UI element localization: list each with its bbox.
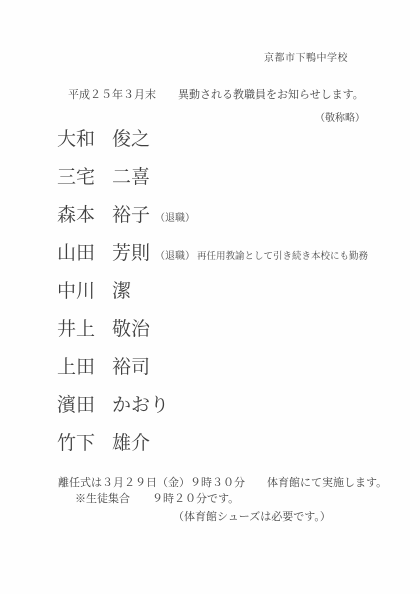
school-name: 京都市下鴨中学校	[0, 0, 420, 66]
staff-row: 中川潔	[57, 278, 420, 308]
staff-given-name: 芳則	[112, 242, 150, 264]
staff-surname: 上田	[57, 356, 95, 378]
staff-row: 井上敬治	[57, 316, 420, 346]
staff-list: 大和俊之 三宅二喜 森本裕子（退職） 山田芳則（退職）再任用教諭として引き続き本…	[57, 126, 420, 460]
staff-given-name: 雄介	[112, 432, 150, 454]
staff-surname: 三宅	[57, 166, 95, 188]
staff-remark: 再任用教諭として引き続き本校にも勤務	[197, 251, 368, 262]
footer: 離任式は３月２９日（金）９時３０分 体育館にて実施します。 ※生徒集合 ９時２０…	[0, 475, 420, 525]
staff-row: 大和俊之	[57, 126, 420, 156]
staff-row: 山田芳則（退職）再任用教諭として引き続き本校にも勤務	[57, 240, 420, 270]
staff-given-name: 裕子	[112, 204, 150, 226]
staff-surname: 井上	[57, 318, 95, 340]
staff-row: 森本裕子（退職）	[57, 202, 420, 232]
staff-given-name: 敬治	[112, 318, 150, 340]
staff-surname: 山田	[57, 242, 95, 264]
gym-shoes-note: （体育館シューズは必要です。）	[0, 509, 420, 525]
staff-row: 濱田かおり	[57, 392, 420, 422]
staff-surname: 大和	[57, 128, 95, 150]
staff-given-name: 二喜	[112, 166, 150, 188]
staff-row: 三宅二喜	[57, 164, 420, 194]
staff-surname: 濱田	[57, 394, 95, 416]
staff-given-name: 俊之	[112, 128, 150, 150]
staff-given-name: かおり	[112, 394, 169, 416]
staff-given-name: 裕司	[112, 356, 150, 378]
staff-surname: 中川	[57, 280, 95, 302]
honorifics-note: （敬称略）	[0, 112, 420, 126]
ceremony-info: 離任式は３月２９日（金）９時３０分 体育館にて実施します。	[0, 475, 420, 491]
notice-title: 平成２５年３月末 異動される教職員をお知らせします。	[0, 87, 420, 102]
student-assembly-note: ※生徒集合 ９時２０分です。	[0, 491, 420, 507]
staff-surname: 森本	[57, 204, 95, 226]
staff-row: 竹下雄介	[57, 430, 420, 460]
staff-surname: 竹下	[57, 432, 95, 454]
document-page: 京都市下鴨中学校 平成２５年３月末 異動される教職員をお知らせします。 （敬称略…	[0, 0, 420, 594]
staff-given-name: 潔	[112, 280, 131, 302]
staff-status-note: （退職）	[155, 251, 195, 262]
staff-row: 上田裕司	[57, 354, 420, 384]
staff-status-note: （退職）	[155, 213, 195, 224]
